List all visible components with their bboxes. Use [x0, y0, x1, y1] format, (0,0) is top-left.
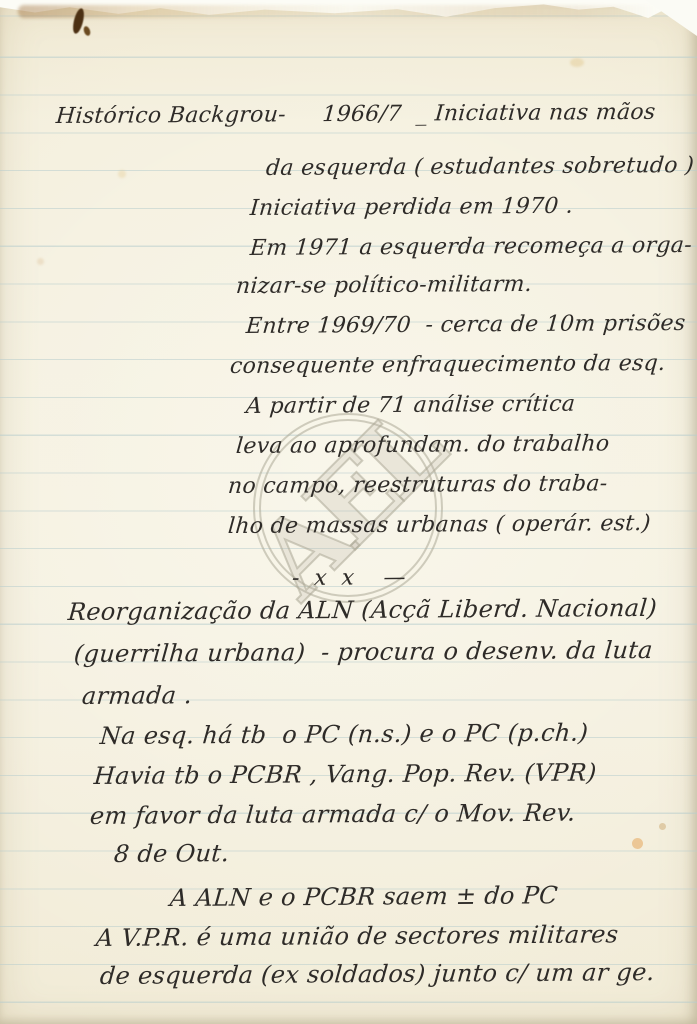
body-line: nizar-se político-militarm. — [235, 272, 533, 299]
section-separator: - x x — — [291, 565, 407, 591]
notebook-page: AEL Histórico Backgrou- 1966/7 _ Iniciat… — [0, 0, 697, 1024]
paper-spot — [37, 258, 44, 265]
body-line: Reorganização da ALN (Acçã Liberd. Nacio… — [67, 594, 658, 626]
body-line: Na esq. há tb o PC (n.s.) e o PC (p.ch.) — [99, 719, 589, 750]
body-line: da esquerda ( estudantes sobretudo ) — [265, 153, 695, 181]
paper-spot — [659, 823, 666, 830]
body-line: Em 1971 a esquerda recomeça a orga- — [249, 233, 693, 261]
paper-spot — [570, 58, 584, 67]
paper-spot — [632, 838, 643, 849]
body-line: A partir de 71 análise crítica — [245, 392, 576, 419]
body-line: Havia tb o PCBR , Vang. Pop. Rev. (VPR) — [93, 758, 598, 790]
body-line: lho de massas urbanas ( operár. est.) — [227, 511, 652, 539]
body-line: A ALN e o PCBR saem ± do PC — [169, 881, 559, 912]
top-edge-stain — [18, 5, 658, 18]
body-line: leva ao aprofundam. do trabalho — [235, 431, 610, 459]
body-line: em favor da luta armada c/ o Mov. Rev. — [89, 799, 577, 830]
body-line: 8 de Out. — [113, 839, 231, 868]
body-line: armada . — [81, 681, 194, 710]
body-line: consequente enfraquecimento da esq. — [229, 351, 666, 379]
paper-spot — [118, 170, 126, 178]
body-line: de esquerda (ex soldados) junto c/ um ar… — [99, 958, 656, 990]
body-line: no campo, reestruturas do traba- — [227, 471, 609, 499]
body-line: (guerrilha urbana) - procura o desenv. d… — [73, 636, 654, 668]
body-line: Entre 1969/70 - cerca de 10m prisões — [245, 311, 686, 339]
body-line: Iniciativa perdida em 1970 . — [249, 194, 574, 221]
body-line: A V.P.R. é uma união de sectores militar… — [95, 920, 620, 952]
heading-line: Histórico Backgrou- 1966/7 _ Iniciativa … — [55, 100, 657, 129]
